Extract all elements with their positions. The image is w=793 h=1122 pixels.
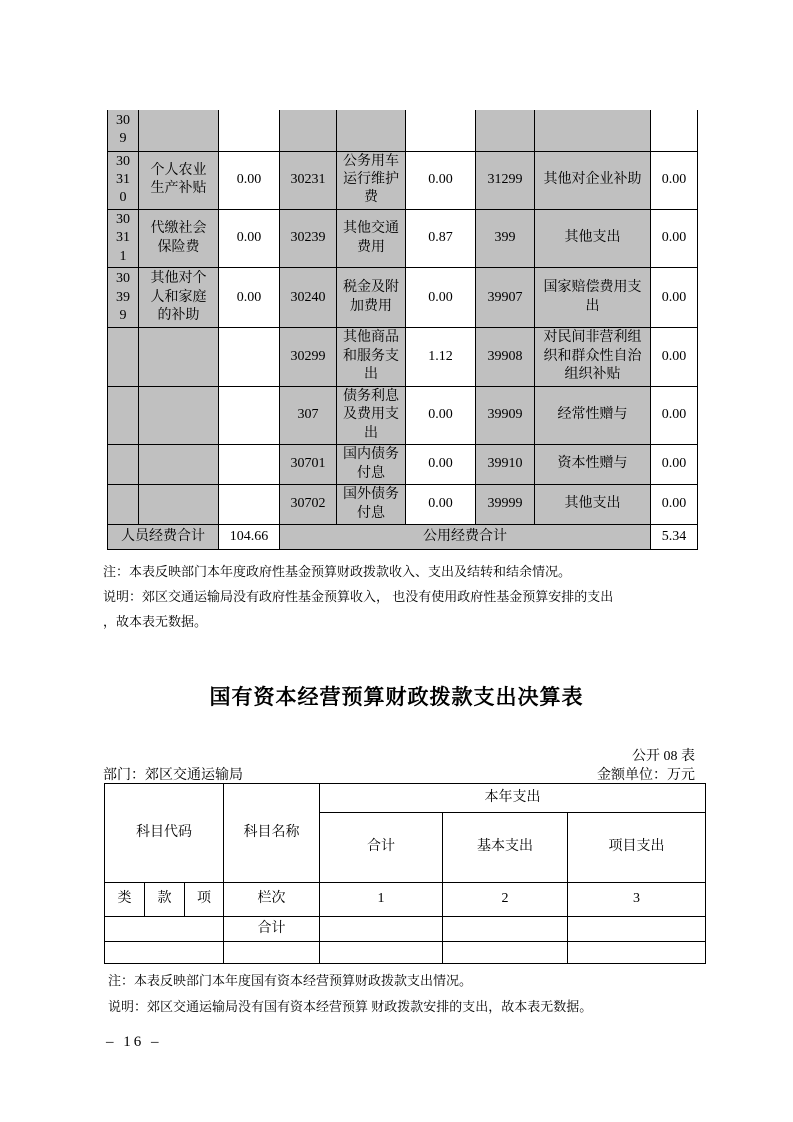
basic-expenditure-header: 基本支出 <box>443 813 568 883</box>
table1-cell: 39907 <box>476 268 535 328</box>
table1-row: 307债务利息及费用支出0.0039909经常性赠与0.00 <box>108 386 698 444</box>
table1-cell: 其他支出 <box>535 209 651 267</box>
table1-cell: 0.00 <box>219 268 280 328</box>
table1-cell: 0.00 <box>651 386 698 444</box>
table1-cell: 309 <box>108 110 139 151</box>
table1-cell: 39910 <box>476 445 535 485</box>
total-header: 合计 <box>320 813 443 883</box>
table1-cell: 经常性赠与 <box>535 386 651 444</box>
table1-cell: 0.00 <box>406 151 476 209</box>
table1-row: 30310个人农业生产补贴0.0030231公务用车运行维护费0.0031299… <box>108 151 698 209</box>
public-total-label: 公用经费合计 <box>280 525 651 550</box>
table1-cell <box>108 386 139 444</box>
table1-cell: 0.00 <box>651 209 698 267</box>
table1-cell <box>219 328 280 386</box>
table1-cell: 0.00 <box>651 485 698 525</box>
table1-cell <box>139 386 219 444</box>
table1-cell <box>535 110 651 151</box>
fund-table-notes: 注：本表反映部门本年度政府性基金预算财政拨款收入、支出及结转和结余情况。 说明：… <box>103 559 713 634</box>
personnel-total-label: 人员经费合计 <box>108 525 219 550</box>
state-capital-notes: 注：本表反映部门本年度国有资本经营预算财政拨款支出情况。 说明：郊区交通运输局没… <box>108 968 718 1020</box>
column-number-cell: 1 <box>320 883 443 917</box>
table1-cell <box>108 328 139 386</box>
table1-cell: 国家赔偿费用支出 <box>535 268 651 328</box>
table1-cell: 其他对个人和家庭的补助 <box>139 268 219 328</box>
table1-cell: 0.00 <box>406 386 476 444</box>
section-title: 国有资本经营预算财政拨款支出决算表 <box>0 681 793 711</box>
table1-cell: 30231 <box>280 151 337 209</box>
table1-cell: 31299 <box>476 151 535 209</box>
table1-cell <box>108 485 139 525</box>
table1-row: 30299其他商品和服务支出1.1239908对民间非营利组织和群众性自治组织补… <box>108 328 698 386</box>
category-cell: 类 <box>105 883 145 917</box>
table1-cell: 其他商品和服务支出 <box>337 328 406 386</box>
gov-fund-budget-table: 30930310个人农业生产补贴0.0030231公务用车运行维护费0.0031… <box>107 110 698 550</box>
note-line: 注：本表反映部门本年度政府性基金预算财政拨款收入、支出及结转和结余情况。 <box>103 559 713 584</box>
table1-cell: 其他对企业补助 <box>535 151 651 209</box>
table1-cell: 0.00 <box>406 485 476 525</box>
note-line: 注：本表反映部门本年度国有资本经营预算财政拨款支出情况。 <box>108 968 718 994</box>
department-label: 部门：郊区交通运输局 <box>103 764 243 784</box>
subject-name-header: 科目名称 <box>224 784 320 883</box>
public-total-value: 5.34 <box>651 525 698 550</box>
table1-cell: 0.87 <box>406 209 476 267</box>
table1-cell: 其他交通费用 <box>337 209 406 267</box>
table1-cell: 0.00 <box>406 445 476 485</box>
table1-footer-row: 人员经费合计 104.66 公用经费合计 5.34 <box>108 525 698 550</box>
table1-cell: 国外债务付息 <box>337 485 406 525</box>
personnel-total-value: 104.66 <box>219 525 280 550</box>
empty-cell <box>443 942 568 964</box>
table1-cell: 30299 <box>280 328 337 386</box>
table1-cell: 其他支出 <box>535 485 651 525</box>
total-row-label: 合计 <box>224 917 320 942</box>
lanci-cell: 栏次 <box>224 883 320 917</box>
table1-cell: 30702 <box>280 485 337 525</box>
table1-row: 30311代缴社会保险费0.0030239其他交通费用0.87399其他支出0.… <box>108 209 698 267</box>
empty-cell <box>105 942 224 964</box>
empty-cell <box>224 942 320 964</box>
note-line: 说明：郊区交通运输局没有国有资本经营预算 财政拨款安排的支出，故本表无数据。 <box>108 994 718 1020</box>
table1-cell <box>139 485 219 525</box>
table1-cell: 30701 <box>280 445 337 485</box>
table1-cell <box>139 445 219 485</box>
table1-cell: 0.00 <box>219 209 280 267</box>
table1-cell: 代缴社会保险费 <box>139 209 219 267</box>
table1-cell <box>219 485 280 525</box>
table1-cell: 个人农业生产补贴 <box>139 151 219 209</box>
table1-cell: 债务利息及费用支出 <box>337 386 406 444</box>
empty-cell <box>320 942 443 964</box>
table1-cell: 0.00 <box>219 151 280 209</box>
table1-cell: 30399 <box>108 268 139 328</box>
table-code-label: 公开 08 表 <box>632 745 695 765</box>
table1-cell <box>139 328 219 386</box>
table1-cell: 30240 <box>280 268 337 328</box>
table1-cell: 1.12 <box>406 328 476 386</box>
subject-code-header: 科目代码 <box>105 784 224 883</box>
table1-cell: 30310 <box>108 151 139 209</box>
table1-cell: 公务用车运行维护费 <box>337 151 406 209</box>
note-line: ，故本表无数据。 <box>103 609 713 634</box>
table1-cell: 30311 <box>108 209 139 267</box>
table1-cell <box>219 110 280 151</box>
column-number-cell: 2 <box>443 883 568 917</box>
table1-row: 30702国外债务付息0.0039999其他支出0.00 <box>108 485 698 525</box>
table1-row: 30701国内债务付息0.0039910资本性赠与0.00 <box>108 445 698 485</box>
state-capital-table: 科目代码 科目名称 本年支出 合计 基本支出 项目支出 类 款 项 栏次 1 2… <box>104 783 706 964</box>
table1-cell <box>280 110 337 151</box>
empty-cell <box>443 917 568 942</box>
table1-cell: 0.00 <box>651 268 698 328</box>
empty-cell <box>568 917 706 942</box>
table1-cell: 39909 <box>476 386 535 444</box>
table1-cell: 国内债务付息 <box>337 445 406 485</box>
table1-cell: 30239 <box>280 209 337 267</box>
table1-cell <box>651 110 698 151</box>
table1-cell <box>219 445 280 485</box>
current-year-expenditure-header: 本年支出 <box>320 784 706 813</box>
empty-cell <box>105 917 224 942</box>
table1-cell: 资本性赠与 <box>535 445 651 485</box>
document-page: 30930310个人农业生产补贴0.0030231公务用车运行维护费0.0031… <box>0 0 793 1122</box>
table1-cell: 对民间非营利组织和群众性自治组织补贴 <box>535 328 651 386</box>
table1-row: 309 <box>108 110 698 151</box>
table1-cell: 39999 <box>476 485 535 525</box>
table1-cell: 0.00 <box>406 268 476 328</box>
page-number: – 16 – <box>106 1034 162 1051</box>
table1-cell: 税金及附加费用 <box>337 268 406 328</box>
column-number-cell: 3 <box>568 883 706 917</box>
table1-cell: 399 <box>476 209 535 267</box>
table1-cell: 0.00 <box>651 445 698 485</box>
empty-cell <box>320 917 443 942</box>
project-expenditure-header: 项目支出 <box>568 813 706 883</box>
category-cell: 项 <box>185 883 224 917</box>
note-line: 说明：郊区交通运输局没有政府性基金预算收入， 也没有使用政府性基金预算安排的支出 <box>103 584 713 609</box>
gov-fund-table-body: 30930310个人农业生产补贴0.0030231公务用车运行维护费0.0031… <box>108 110 698 525</box>
table1-cell: 307 <box>280 386 337 444</box>
table1-cell <box>108 445 139 485</box>
table1-cell: 0.00 <box>651 151 698 209</box>
table1-row: 30399其他对个人和家庭的补助0.0030240税金及附加费用0.003990… <box>108 268 698 328</box>
table1-cell: 0.00 <box>651 328 698 386</box>
category-cell: 款 <box>145 883 185 917</box>
table1-cell <box>406 110 476 151</box>
table1-cell <box>219 386 280 444</box>
empty-cell <box>568 942 706 964</box>
table1-cell: 39908 <box>476 328 535 386</box>
unit-label: 金额单位：万元 <box>597 764 695 784</box>
table1-cell <box>139 110 219 151</box>
table1-cell <box>337 110 406 151</box>
table1-cell <box>476 110 535 151</box>
